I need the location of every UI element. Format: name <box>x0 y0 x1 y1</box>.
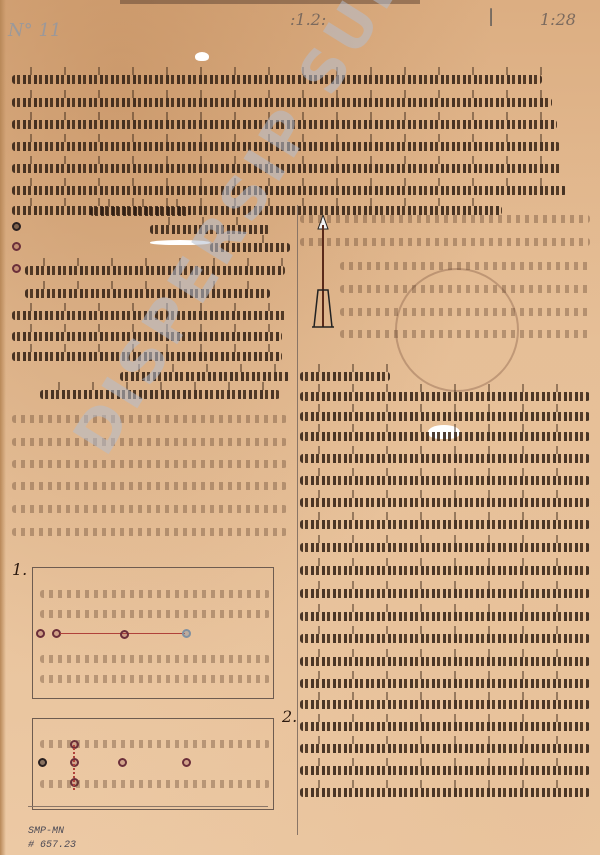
script-line <box>12 120 557 129</box>
script-line <box>300 788 590 797</box>
script-line <box>300 612 590 621</box>
page-number: :1.2: <box>290 10 326 29</box>
script-line <box>210 243 290 252</box>
script-line <box>300 722 590 731</box>
diagram-label: 1. <box>12 560 27 579</box>
faded-line <box>40 655 270 663</box>
faded-line <box>40 675 270 683</box>
script-line <box>90 207 190 216</box>
script-line <box>300 589 590 598</box>
script-line <box>300 543 590 552</box>
paper-hole <box>195 52 209 61</box>
faded-line <box>40 610 270 618</box>
script-line <box>40 390 280 399</box>
bullet-marker <box>12 242 21 251</box>
script-line <box>12 142 560 151</box>
script-line <box>12 75 542 84</box>
script-line <box>120 372 290 381</box>
script-line <box>300 412 590 421</box>
arrow-diagram-icon <box>308 215 338 335</box>
bullet-marker <box>12 222 21 231</box>
faded-line <box>340 285 590 293</box>
script-line <box>300 566 590 575</box>
diagram-point <box>182 629 191 638</box>
diagram-point <box>120 630 129 639</box>
script-line <box>25 289 270 298</box>
script-line <box>12 332 282 341</box>
script-line <box>300 700 590 709</box>
reference-mark: N° 11 <box>8 20 61 41</box>
faded-line <box>300 215 590 223</box>
script-line <box>12 164 562 173</box>
faded-line <box>340 308 590 316</box>
script-line <box>25 266 285 275</box>
folio-number: 1:28 <box>540 10 576 29</box>
script-line <box>300 744 590 753</box>
script-line <box>300 476 590 485</box>
faded-line <box>12 528 287 536</box>
bullet-marker <box>12 264 21 273</box>
script-line <box>12 311 287 320</box>
bottom-rule <box>28 806 268 807</box>
diagram-point <box>36 629 45 638</box>
paper-hole <box>150 240 210 245</box>
script-line <box>12 186 567 195</box>
script-line <box>300 498 590 507</box>
script-line <box>12 98 552 107</box>
script-line <box>300 679 590 688</box>
script-line <box>300 520 590 529</box>
script-line <box>300 432 590 441</box>
column-divider <box>297 205 298 835</box>
diagram-point <box>38 758 47 767</box>
script-line <box>300 454 590 463</box>
faded-line <box>40 780 270 788</box>
script-line <box>12 352 282 361</box>
diagram-point <box>118 758 127 767</box>
folio-mark: | <box>488 6 494 27</box>
script-line <box>300 372 390 381</box>
faded-line <box>300 238 590 246</box>
script-line <box>150 225 270 234</box>
catalog-number: # 657.23 <box>28 840 76 851</box>
catalog-code: SMP-MN <box>28 826 64 837</box>
faded-line <box>12 505 287 513</box>
faded-line <box>12 415 287 423</box>
faded-line <box>12 482 287 490</box>
script-line <box>300 634 590 643</box>
diagram-label: 2. <box>282 707 297 726</box>
page-edge <box>0 0 6 855</box>
diagram-2-frame <box>32 718 274 810</box>
faded-line <box>340 330 590 338</box>
script-line <box>12 206 502 215</box>
script-line <box>300 657 590 666</box>
manuscript-page: N° 11 :1.2: | 1:28 1 <box>0 0 600 855</box>
faded-line <box>340 262 590 270</box>
faded-line <box>40 590 270 598</box>
faded-line <box>12 438 287 446</box>
faded-line <box>12 460 287 468</box>
binding-strip <box>120 0 420 4</box>
script-line <box>300 766 590 775</box>
script-line <box>300 392 590 401</box>
diagram-point <box>182 758 191 767</box>
